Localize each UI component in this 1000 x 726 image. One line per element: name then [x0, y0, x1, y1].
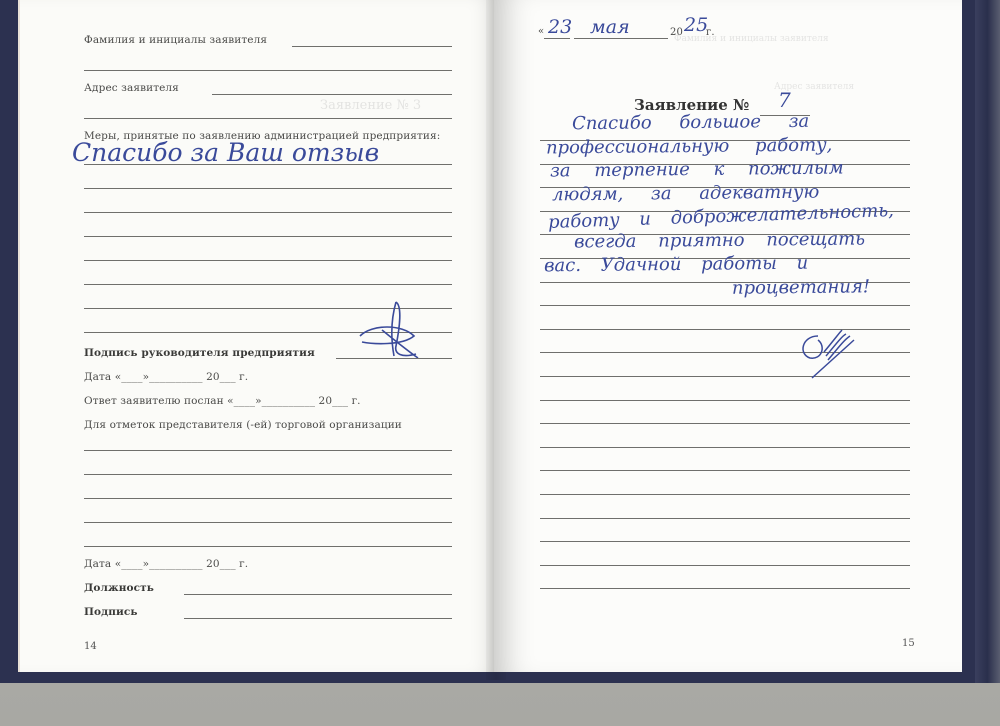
position-label: Должность — [84, 582, 154, 594]
position-field[interactable] — [184, 594, 452, 595]
statement-line[interactable] — [540, 565, 910, 566]
applicant-address-field[interactable] — [212, 94, 452, 95]
applicant-name-label: Фамилия и инициалы заявителя — [84, 34, 267, 46]
statement-line[interactable] — [540, 400, 910, 401]
statement-line[interactable] — [540, 423, 910, 424]
applicant-address-label: Адрес заявителя — [84, 82, 179, 94]
manager-signature-scribble — [352, 296, 432, 366]
reply-sent-label: Ответ заявителю послан «____»__________ … — [84, 395, 361, 407]
cover-edge — [975, 0, 1000, 683]
trade-rep-notes-line[interactable] — [84, 474, 452, 475]
applicant-name-field-line-2[interactable] — [84, 70, 452, 71]
bleed-through-text: Заявление № 3 — [320, 98, 421, 113]
page-number-right: 15 — [902, 638, 915, 649]
statement-handwritten-line: процветания! — [732, 276, 870, 298]
trade-rep-notes-line[interactable] — [84, 450, 452, 451]
statement-line[interactable] — [540, 588, 910, 589]
date-label-2: Дата «____»__________ 20___ г. — [84, 558, 248, 570]
signature-label: Подпись — [84, 606, 138, 618]
trade-rep-notes-line[interactable] — [84, 546, 452, 547]
date-month: мая — [590, 16, 630, 38]
right-page: Фамилия и инициалы заявителя Адрес заяви… — [494, 0, 962, 672]
date-day-field[interactable] — [544, 38, 570, 39]
statement-handwritten-line: Спасибо большое за — [572, 111, 809, 134]
measures-line[interactable] — [84, 188, 452, 189]
date-year-prefix: 20 — [670, 27, 683, 38]
page-number-left: 14 — [84, 641, 97, 652]
date-year-suffix: 25 — [684, 14, 708, 36]
date-label: Дата «____»__________ 20___ г. — [84, 371, 248, 383]
signature-field[interactable] — [184, 618, 452, 619]
measures-line[interactable] — [84, 212, 452, 213]
date-day: 23 — [548, 16, 572, 38]
measures-line[interactable] — [84, 164, 452, 165]
date-open-quote: « — [538, 26, 544, 37]
date-year-suffix-g: г. — [706, 27, 715, 38]
applicant-signature-scribble — [794, 326, 864, 386]
statement-line[interactable] — [540, 470, 910, 471]
left-page: Заявление № 3 Фамилия и инициалы заявите… — [18, 0, 496, 672]
statement-handwritten-line: профессиональную работу, — [546, 134, 833, 158]
applicant-address-field-line-2[interactable] — [84, 118, 452, 119]
manager-signature-label: Подпись руководителя предприятия — [84, 347, 315, 359]
trade-rep-notes-label: Для отметок представителя (-ей) торговой… — [84, 419, 402, 431]
statement-line[interactable] — [540, 541, 910, 542]
measures-line[interactable] — [84, 260, 452, 261]
statement-handwritten-line: людям, за адекватную — [552, 181, 819, 205]
manager-signature-field[interactable] — [336, 358, 452, 359]
statement-line[interactable] — [540, 494, 910, 495]
measures-line[interactable] — [84, 284, 452, 285]
measures-line[interactable] — [84, 236, 452, 237]
statement-line[interactable] — [540, 447, 910, 448]
statement-line[interactable] — [540, 518, 910, 519]
statement-line[interactable] — [540, 305, 910, 306]
date-month-field[interactable] — [574, 38, 668, 39]
trade-rep-notes-line[interactable] — [84, 522, 452, 523]
statement-number: 7 — [778, 88, 791, 112]
statement-handwritten-line: вас. Удачной работы и — [544, 252, 808, 276]
statement-handwritten-line: за терпение к пожилым — [550, 158, 844, 182]
trade-rep-notes-line[interactable] — [84, 498, 452, 499]
measures-handwritten-text: Спасибо за Ваш отзыв — [72, 138, 379, 167]
applicant-name-field[interactable] — [292, 46, 452, 47]
statement-handwritten-line: всегда приятно посещать — [574, 228, 865, 252]
